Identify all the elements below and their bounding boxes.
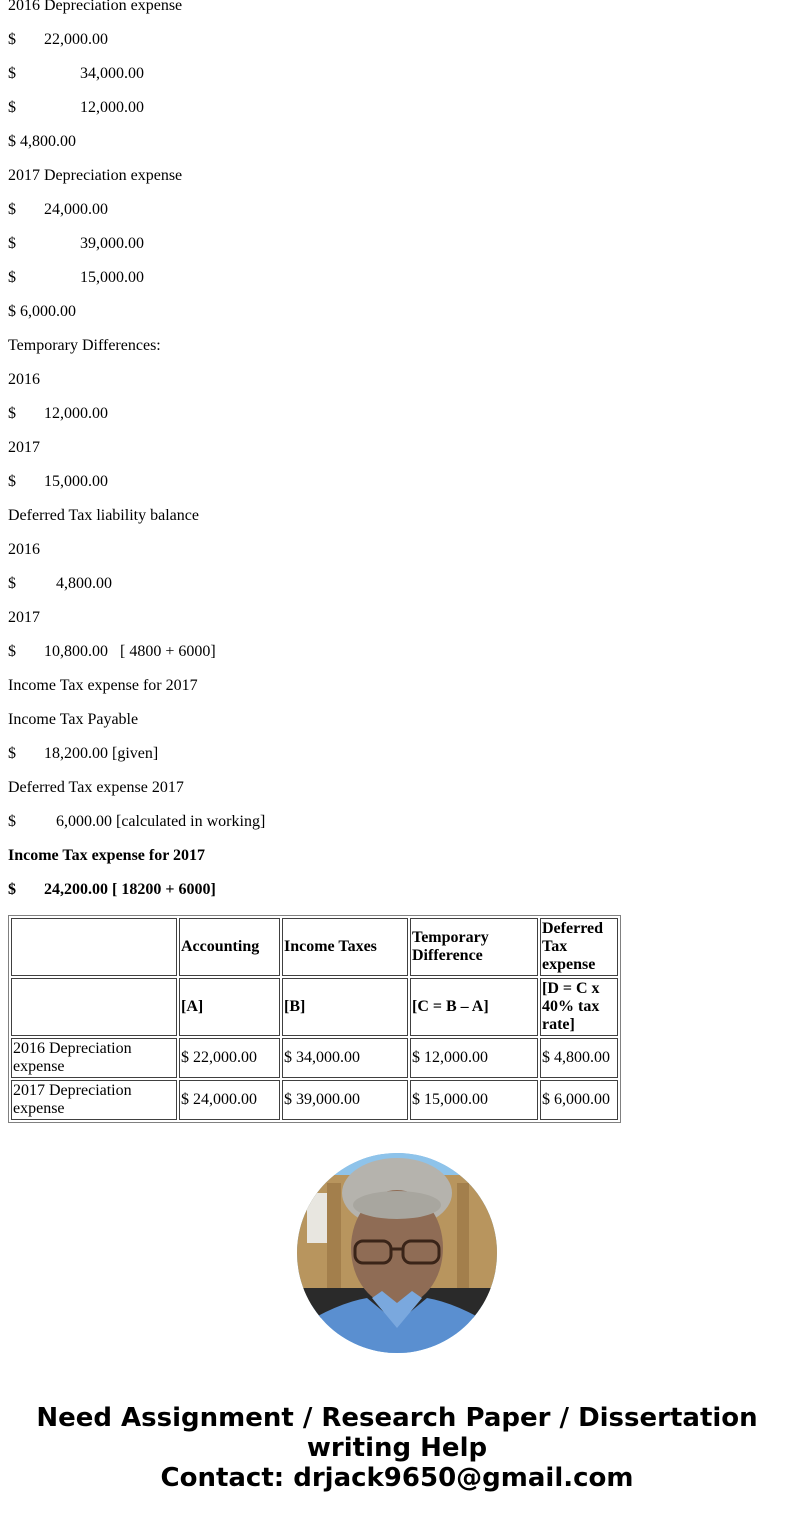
promo-banner: Need Assignment / Research Paper / Disse… xyxy=(0,1403,794,1493)
ite-total-heading: Income Tax expense for 2017 xyxy=(8,839,788,873)
table-cell: $ 4,800.00 xyxy=(540,1038,618,1078)
ite-payable-label: Income Tax Payable xyxy=(8,703,788,737)
promo-line-1: Need Assignment / Research Paper / Disse… xyxy=(0,1403,794,1433)
ite-heading: Income Tax expense for 2017 xyxy=(8,669,788,703)
table-subheader-cell: [A] xyxy=(179,978,280,1036)
label-2016-depreciation: 2016 Depreciation expense xyxy=(8,0,788,23)
author-avatar xyxy=(297,1153,497,1353)
promo-contact[interactable]: Contact: drjack9650@gmail.com xyxy=(0,1463,794,1493)
table-subheader-cell: [D = C x 40% tax rate] xyxy=(540,978,618,1036)
working-section: 2016 Depreciation expense $22,000.00 $34… xyxy=(8,0,788,907)
promo-line-2: writing Help xyxy=(0,1433,794,1463)
table-subheader-row: [A] [B] [C = B – A] [D = C x 40% tax rat… xyxy=(11,978,618,1036)
temp-diff-value-2016: $12,000.00 xyxy=(8,397,788,431)
dtl-note-2017: [ 4800 + 6000] xyxy=(120,643,216,660)
value-2016-temp-diff: $12,000.00 xyxy=(8,91,788,125)
currency-symbol: $ xyxy=(8,227,80,261)
value-2017-deferred: $ 6,000.00 xyxy=(8,295,788,329)
currency-symbol: $ xyxy=(8,261,80,295)
table-cell: $ 6,000.00 xyxy=(540,1080,618,1120)
ite-deferred-label: Deferred Tax expense 2017 xyxy=(8,771,788,805)
table-header-cell: Income Taxes xyxy=(282,918,408,976)
currency-symbol: $ xyxy=(8,57,80,91)
ite-payable-value: $18,200.00 [given] xyxy=(8,737,788,771)
table-cell: 2016 Depreciation expense xyxy=(11,1038,177,1078)
table-subheader-cell xyxy=(11,978,177,1036)
table-row: 2017 Depreciation expense $ 24,000.00 $ … xyxy=(11,1080,618,1120)
table-subheader-cell: [B] xyxy=(282,978,408,1036)
temp-diff-heading: Temporary Differences: xyxy=(8,329,788,363)
currency-symbol: $ xyxy=(8,465,44,499)
table-cell: $ 15,000.00 xyxy=(410,1080,538,1120)
value-2016-accounting: $22,000.00 xyxy=(8,23,788,57)
author-photo-icon xyxy=(297,1153,497,1353)
currency-symbol: $ xyxy=(8,805,56,839)
temp-diff-year-2017: 2017 xyxy=(8,431,788,465)
table-cell: $ 39,000.00 xyxy=(282,1080,408,1120)
dtl-heading: Deferred Tax liability balance xyxy=(8,499,788,533)
temp-diff-value-2017: $15,000.00 xyxy=(8,465,788,499)
table-header-cell xyxy=(11,918,177,976)
table-cell: 2017 Depreciation expense xyxy=(11,1080,177,1120)
table-header-row: Accounting Income Taxes Temporary Differ… xyxy=(11,918,618,976)
table-row: 2016 Depreciation expense $ 22,000.00 $ … xyxy=(11,1038,618,1078)
currency-symbol: $ xyxy=(8,23,44,57)
currency-symbol: $ xyxy=(8,397,44,431)
value-2017-temp-diff: $15,000.00 xyxy=(8,261,788,295)
deferred-tax-table: Accounting Income Taxes Temporary Differ… xyxy=(8,915,621,1123)
dtl-value-2017: $10,800.00 [ 4800 + 6000] xyxy=(8,635,788,669)
currency-symbol: $ xyxy=(8,193,44,227)
ite-deferred-value: $6,000.00 [calculated in working] xyxy=(8,805,788,839)
table-cell: $ 22,000.00 xyxy=(179,1038,280,1078)
currency-symbol: $ xyxy=(8,635,44,669)
value-2016-deferred: $ 4,800.00 xyxy=(8,125,788,159)
dtl-year-2016: 2016 xyxy=(8,533,788,567)
label-2017-depreciation: 2017 Depreciation expense xyxy=(8,159,788,193)
currency-symbol: $ xyxy=(8,567,56,601)
table-cell: $ 24,000.00 xyxy=(179,1080,280,1120)
table-cell: $ 12,000.00 xyxy=(410,1038,538,1078)
value-2017-income-taxes: $39,000.00 xyxy=(8,227,788,261)
dtl-value-2016: $4,800.00 xyxy=(8,567,788,601)
table-subheader-cell: [C = B – A] xyxy=(410,978,538,1036)
currency-symbol: $ xyxy=(8,873,44,907)
currency-symbol: $ xyxy=(8,91,80,125)
table-header-cell: Accounting xyxy=(179,918,280,976)
table-header-cell: Temporary Difference xyxy=(410,918,538,976)
ite-total-value: $24,200.00 [ 18200 + 6000] xyxy=(8,873,788,907)
currency-symbol: $ xyxy=(8,737,44,771)
value-2016-income-taxes: $34,000.00 xyxy=(8,57,788,91)
temp-diff-year-2016: 2016 xyxy=(8,363,788,397)
dtl-year-2017: 2017 xyxy=(8,601,788,635)
table-header-cell: Deferred Tax expense xyxy=(540,918,618,976)
table-cell: $ 34,000.00 xyxy=(282,1038,408,1078)
value-2017-accounting: $24,000.00 xyxy=(8,193,788,227)
